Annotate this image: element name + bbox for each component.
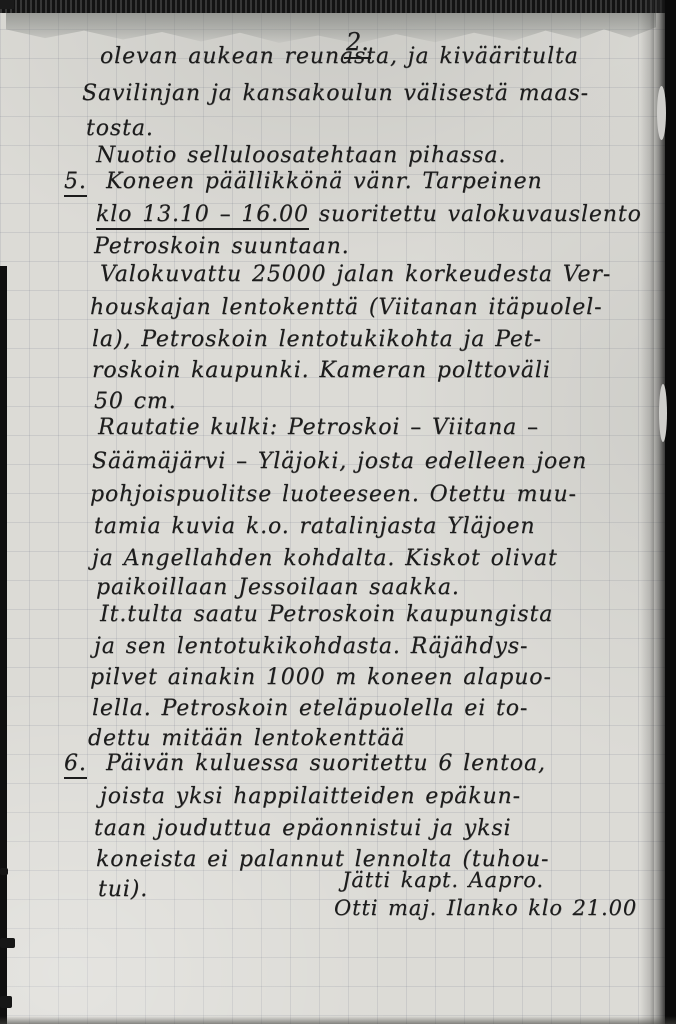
handwritten-line: 5.Koneen päällikkönä vänr. Tarpeinen — [106, 169, 543, 194]
line-text: pilvet ainakin 1000 m koneen alapuo- — [90, 665, 552, 690]
edge-highlight — [659, 384, 667, 442]
corner-mark-top-left — [0, 0, 14, 9]
handwritten-line: It.tulta saatu Petroskoin kaupungista — [100, 602, 553, 627]
signature-line: Otti maj. Ilanko klo 21.00 — [334, 896, 637, 920]
handwritten-line: Nuotio selluloosatehtaan pihassa. — [96, 143, 506, 168]
handwritten-line: houskajan lentokenttä (Viitanan itäpuole… — [90, 295, 602, 320]
handwritten-line: Valokuvattu 25000 jalan korkeudesta Ver- — [100, 262, 611, 287]
line-text: Säämäjärvi – Yläjoki, josta edelleen joe… — [92, 449, 587, 474]
line-text: Jätti kapt. Aapro. — [342, 868, 544, 892]
handwritten-line: la), Petroskoin lentotukikohta ja Pet- — [92, 327, 542, 352]
ink-smudge — [0, 868, 8, 875]
line-text: Otti maj. Ilanko klo 21.00 — [334, 896, 637, 920]
handwritten-line: tosta. — [86, 116, 154, 141]
handwritten-line: taan jouduttua epäonnistui ja yksi — [94, 816, 511, 841]
line-text: Savilinjan ja kansakoulun välisestä maas… — [82, 81, 589, 106]
line-text: Valokuvattu 25000 jalan korkeudesta Ver- — [100, 262, 611, 287]
line-text: Petroskoin suuntaan. — [94, 234, 350, 259]
handwritten-line: paikoillaan Jessoilaan saakka. — [96, 575, 460, 600]
line-text: houskajan lentokenttä (Viitanan itäpuole… — [90, 295, 602, 320]
bottom-edge-shadow — [0, 1016, 676, 1024]
item-number: 6. — [64, 751, 87, 779]
line-text: tamia kuvia k.o. ratalinjasta Yläjoen — [94, 514, 535, 539]
handwritten-line: joista yksi happilaitteiden epäkun- — [100, 784, 521, 809]
line-text: Koneen päällikkönä vänr. Tarpeinen — [106, 169, 543, 194]
underlined-text: klo 13.10 – 16.00 — [96, 202, 309, 230]
line-text: tosta. — [86, 116, 154, 141]
line-text: suoritettu valokuvauslento — [309, 202, 642, 227]
line-text: ja Angellahden kohdalta. Kiskot olivat — [92, 546, 558, 571]
handwritten-line: ja Angellahden kohdalta. Kiskot olivat — [92, 546, 558, 571]
handwritten-line: ja sen lentotukikohdasta. Räjähdys- — [94, 634, 528, 659]
line-text: roskoin kaupunki. Kameran polttoväli — [92, 358, 551, 383]
line-text: Rautatie kulki: Petroskoi – Viitana – — [98, 415, 539, 440]
line-text: paikoillaan Jessoilaan saakka. — [96, 575, 460, 600]
handwritten-line: klo 13.10 – 16.00 suoritettu valokuvausl… — [96, 202, 642, 227]
line-text: pohjoispuolitse luoteeseen. Otettu muu- — [90, 482, 577, 507]
line-text: 50 cm. — [94, 389, 177, 414]
handwritten-line: Rautatie kulki: Petroskoi – Viitana – — [98, 415, 539, 440]
line-text: joista yksi happilaitteiden epäkun- — [100, 784, 521, 809]
line-text: olevan aukean reunasta, ja kivääritulta — [100, 44, 579, 69]
handwritten-line: dettu mitään lentokenttää — [88, 726, 405, 751]
line-text: Päivän kuluessa suoritettu 6 lentoa, — [106, 751, 546, 776]
scanned-page: 2. olevan aukean reunasta, ja kivääritul… — [0, 0, 676, 1024]
line-text: ja sen lentotukikohdasta. Räjähdys- — [94, 634, 528, 659]
handwritten-line: pohjoispuolitse luoteeseen. Otettu muu- — [90, 482, 577, 507]
handwritten-line: olevan aukean reunasta, ja kivääritulta — [100, 44, 579, 69]
signature-line: Jätti kapt. Aapro. — [342, 868, 544, 892]
handwritten-line: roskoin kaupunki. Kameran polttoväli — [92, 358, 551, 383]
line-text: dettu mitään lentokenttää — [88, 726, 405, 751]
handwritten-line: tui). — [98, 877, 148, 902]
ink-smudge — [0, 938, 15, 948]
water-stain — [6, 13, 656, 47]
handwritten-line: Petroskoin suuntaan. — [94, 234, 350, 259]
handwritten-line: tamia kuvia k.o. ratalinjasta Yläjoen — [94, 514, 535, 539]
item-number: 5. — [64, 169, 87, 197]
handwritten-line: Säämäjärvi – Yläjoki, josta edelleen joe… — [92, 449, 587, 474]
handwritten-line: 6.Päivän kuluessa suoritettu 6 lentoa, — [106, 751, 546, 776]
line-text: It.tulta saatu Petroskoin kaupungista — [100, 602, 553, 627]
handwritten-line: pilvet ainakin 1000 m koneen alapuo- — [90, 665, 552, 690]
ink-smudge — [0, 996, 12, 1008]
line-text: Nuotio selluloosatehtaan pihassa. — [96, 143, 506, 168]
binding-strip-top — [0, 0, 676, 13]
handwritten-line: 50 cm. — [94, 389, 177, 414]
line-text: la), Petroskoin lentotukikohta ja Pet- — [92, 327, 542, 352]
book-gutter-right — [665, 0, 676, 1024]
handwritten-line: Savilinjan ja kansakoulun välisestä maas… — [82, 81, 589, 106]
line-text: tui). — [98, 877, 148, 902]
line-text: taan jouduttua epäonnistui ja yksi — [94, 816, 511, 841]
line-text: lella. Petroskoin eteläpuolella ei to- — [92, 696, 528, 721]
page-edge-left — [0, 266, 7, 1024]
handwritten-line: lella. Petroskoin eteläpuolella ei to- — [92, 696, 528, 721]
edge-highlight — [657, 86, 666, 140]
